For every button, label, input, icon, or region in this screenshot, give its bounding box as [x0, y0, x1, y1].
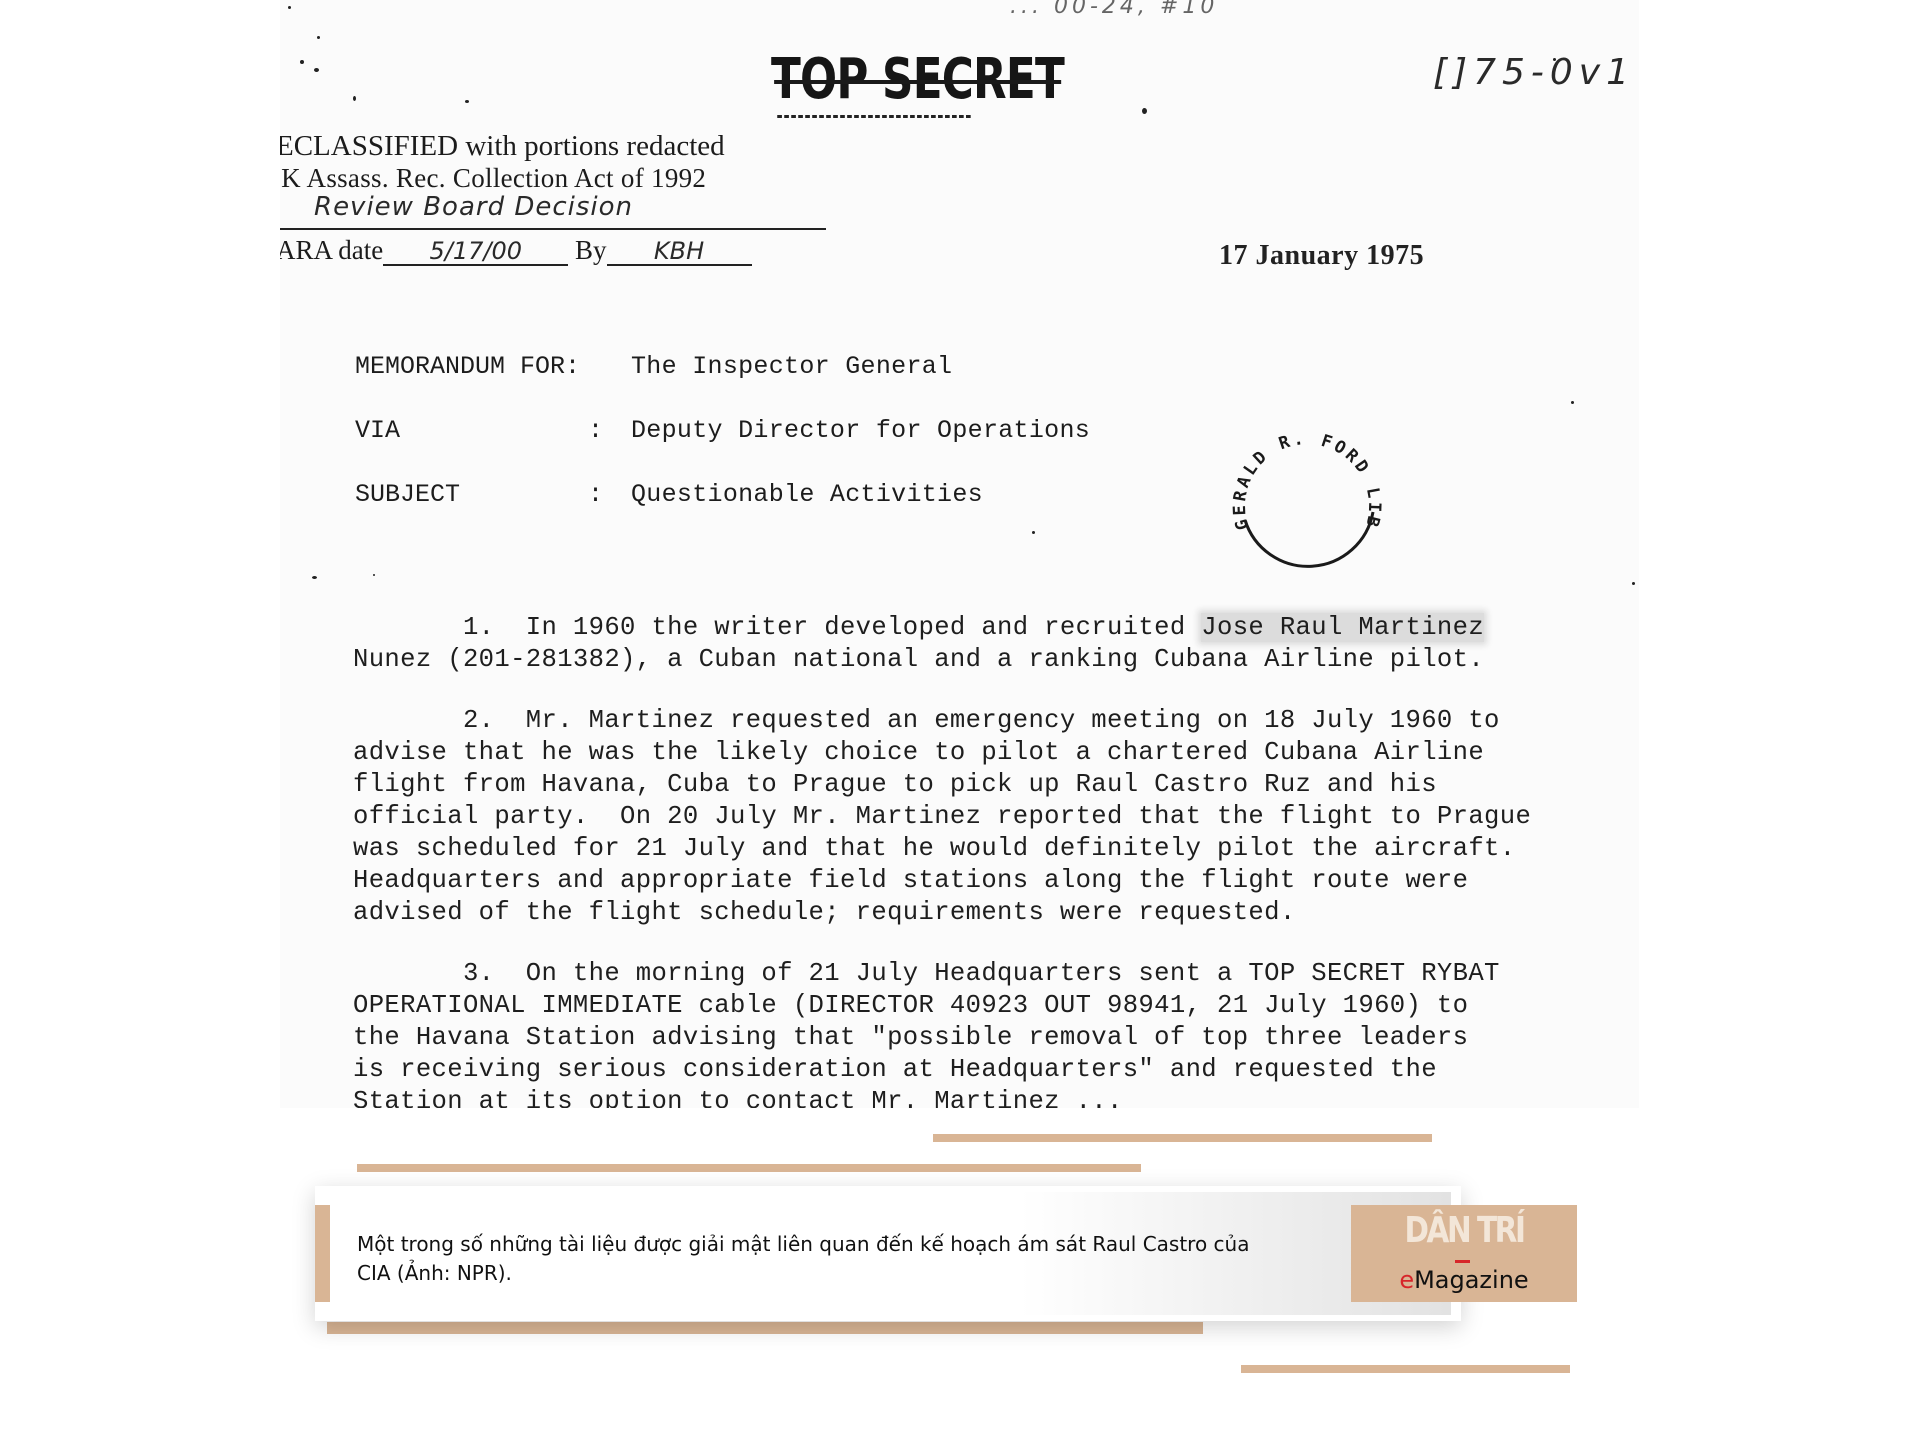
by-value: KBH: [607, 238, 752, 266]
scan-speck: [465, 100, 469, 103]
declassification-block: ECLASSIFIED with portions redacted 'K As…: [280, 130, 836, 266]
logo-emagazine: eMagazine: [1351, 1265, 1577, 1295]
memo-date: 17 January 1975: [1219, 240, 1424, 272]
declassified-document-scan: ... 00-24, #10 TOP SECRET []75-0v1 ECLAS…: [280, 0, 1639, 1108]
scan-speck: [288, 6, 291, 9]
highlighted-name: Jose Raul Martinez: [1201, 613, 1484, 642]
scan-speck: [353, 96, 356, 101]
review-board-handwriting: Review Board Decision: [314, 192, 633, 222]
logo-dash-icon: [1455, 1260, 1470, 1263]
scan-speck: [317, 36, 320, 39]
scan-speck: [1632, 582, 1635, 585]
decorative-bar: [1241, 1365, 1570, 1373]
paragraph-3: 3. On the morning of 21 July Headquarter…: [353, 958, 1593, 1108]
logo-brand: DÂN TRÍ: [1371, 1211, 1556, 1251]
stamp-text: GERALD R. FORD LIBRARY: [1227, 410, 1384, 532]
paragraph-2: 2. Mr. Martinez requested an emergency m…: [353, 705, 1593, 929]
memo-body: 1. In 1960 the writer developed and recr…: [353, 612, 1593, 1108]
memo-value: The Inspector General: [631, 352, 952, 381]
library-stamp-icon: GERALD R. FORD LIBRARY: [1227, 410, 1387, 570]
declassification-date-line: ARA date5/17/00 ByKBH: [280, 234, 836, 266]
paragraph-1: 1. In 1960 the writer developed and recr…: [353, 612, 1593, 676]
scan-speck: [300, 60, 304, 64]
memo-key: VIA: [355, 416, 400, 445]
by-label: By: [575, 235, 607, 265]
memo-key: MEMORANDUM FOR:: [355, 352, 580, 381]
memo-value: Questionable Activities: [631, 480, 983, 509]
scan-speck: [314, 68, 319, 72]
decorative-bar: [933, 1134, 1432, 1142]
paragraph-1-line-1: 1. In 1960 the writer developed and recr…: [353, 613, 1201, 642]
memo-colon: :: [588, 480, 603, 509]
classification-stamp: TOP SECRET: [771, 52, 1064, 108]
review-board-line: Review Board Decision: [280, 194, 826, 230]
document-number: []75-0v1: [1433, 52, 1635, 93]
memo-value: Deputy Director for Operations: [631, 416, 1090, 445]
image-caption: Một trong số những tài liệu được giải mậ…: [357, 1230, 1257, 1288]
scan-speck: [1571, 401, 1574, 404]
dantri-emagazine-logo: DÂN TRÍ eMagazine: [1351, 1205, 1577, 1302]
svg-text:GERALD R. FORD LIBRARY: GERALD R. FORD LIBRARY: [1227, 410, 1384, 532]
paragraph-1-line-2: Nunez (201-281382), a Cuban national and…: [353, 645, 1484, 674]
memo-colon: :: [588, 416, 603, 445]
decorative-bar: [327, 1322, 1203, 1334]
scan-speck: [1142, 108, 1147, 114]
scan-speck: [1032, 531, 1035, 534]
date-label: ARA date: [280, 235, 383, 265]
date-value: 5/17/00: [383, 238, 568, 266]
scan-speck: [312, 576, 317, 579]
declassification-line-2: 'K Assass. Rec. Collection Act of 1992: [280, 162, 836, 194]
caption-accent-bar: [315, 1205, 330, 1302]
scan-speck: [373, 574, 375, 576]
caption-panel: Một trong số những tài liệu được giải mậ…: [315, 1186, 1461, 1321]
logo-prefix: e: [1399, 1266, 1414, 1294]
decorative-bar: [357, 1164, 1141, 1172]
logo-suffix: Magazine: [1414, 1266, 1529, 1294]
handwritten-reference: ... 00-24, #10: [1010, 0, 1218, 19]
memo-key: SUBJECT: [355, 480, 460, 509]
declassification-line-1: ECLASSIFIED with portions redacted: [280, 130, 836, 162]
